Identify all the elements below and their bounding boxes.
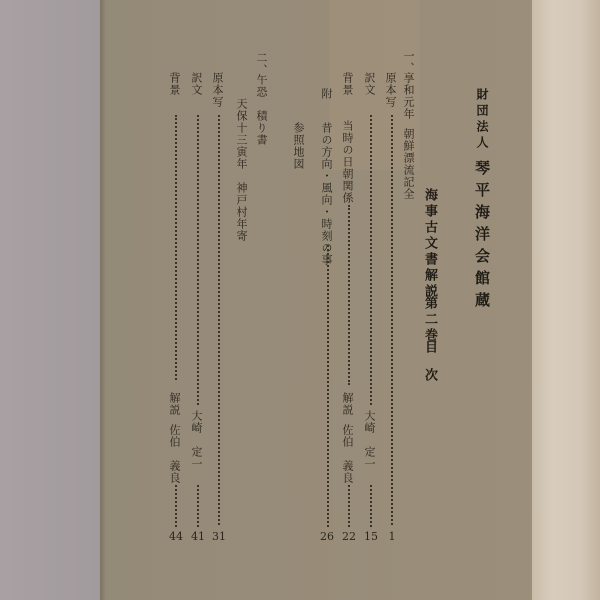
section-1-name: 朝鮮漂流記 [403, 128, 414, 188]
title-moku: 目 [423, 340, 436, 356]
page-number[interactable]: 1 [389, 530, 396, 543]
toc-entry-author: 佐伯 義良 [342, 424, 353, 484]
section-1-number: 一、 [403, 50, 414, 74]
dot-leader [197, 115, 199, 405]
toc-entry-role: 解説 [169, 392, 180, 416]
page-number[interactable]: 31 [212, 530, 226, 543]
title-series: 海事古文書解説 [423, 188, 436, 300]
page-number[interactable]: 26 [320, 530, 334, 543]
dot-leader [348, 205, 350, 385]
dot-leader [391, 115, 393, 525]
page-number[interactable]: 44 [169, 530, 183, 543]
section-2-name: 午恐 積り書 [256, 74, 267, 146]
publisher-label: 財団法人 [476, 88, 488, 152]
background-surface [0, 0, 100, 600]
toc-entry-author: 大崎 定一 [364, 410, 375, 470]
toc-entry-subtitle: 当時の日朝関係 [342, 120, 353, 204]
toc-entry-role: 解説 [342, 392, 353, 416]
page-number[interactable]: 15 [364, 530, 378, 543]
dot-leader [197, 485, 199, 527]
toc-entry-label[interactable]: 附 [321, 88, 332, 100]
dot-leader [175, 115, 177, 380]
toc-entry-label[interactable]: 訳文 [364, 72, 375, 96]
dot-leader [327, 245, 329, 527]
page-number[interactable]: 22 [342, 530, 356, 543]
toc-entry-label[interactable]: 背景 [342, 72, 353, 96]
dot-leader [348, 485, 350, 527]
toc-entry-author: 大崎 定一 [191, 410, 202, 470]
page-gutter-shadow [100, 0, 106, 600]
publisher-name: 琴平海洋会館蔵 [474, 160, 489, 314]
title-ji: 次 [423, 368, 436, 384]
page-number[interactable]: 41 [191, 530, 205, 543]
section-2-number: 二、 [256, 52, 267, 76]
section-2-era: 天保十三寅年 [236, 98, 247, 170]
toc-entry-label[interactable]: 原本写 [385, 72, 396, 108]
dot-leader [218, 115, 220, 525]
title-volume: 第二巻 [423, 296, 436, 344]
book-page [100, 0, 532, 600]
toc-entry-label[interactable]: 参照地図 [293, 122, 304, 170]
section-1-suffix: 全 [403, 188, 414, 200]
dot-leader [370, 115, 372, 405]
section-1-era: 享和元年 [403, 72, 414, 120]
toc-entry-author: 佐伯 義良 [169, 424, 180, 484]
section-2-author: 神戸村年寄 [236, 182, 247, 242]
page-edge [532, 0, 600, 600]
toc-entry-label[interactable]: 原本写 [212, 72, 223, 108]
dot-leader [175, 485, 177, 527]
toc-entry-label[interactable]: 背景 [169, 72, 180, 96]
toc-entry-label[interactable]: 訳文 [191, 72, 202, 96]
dot-leader [370, 485, 372, 527]
